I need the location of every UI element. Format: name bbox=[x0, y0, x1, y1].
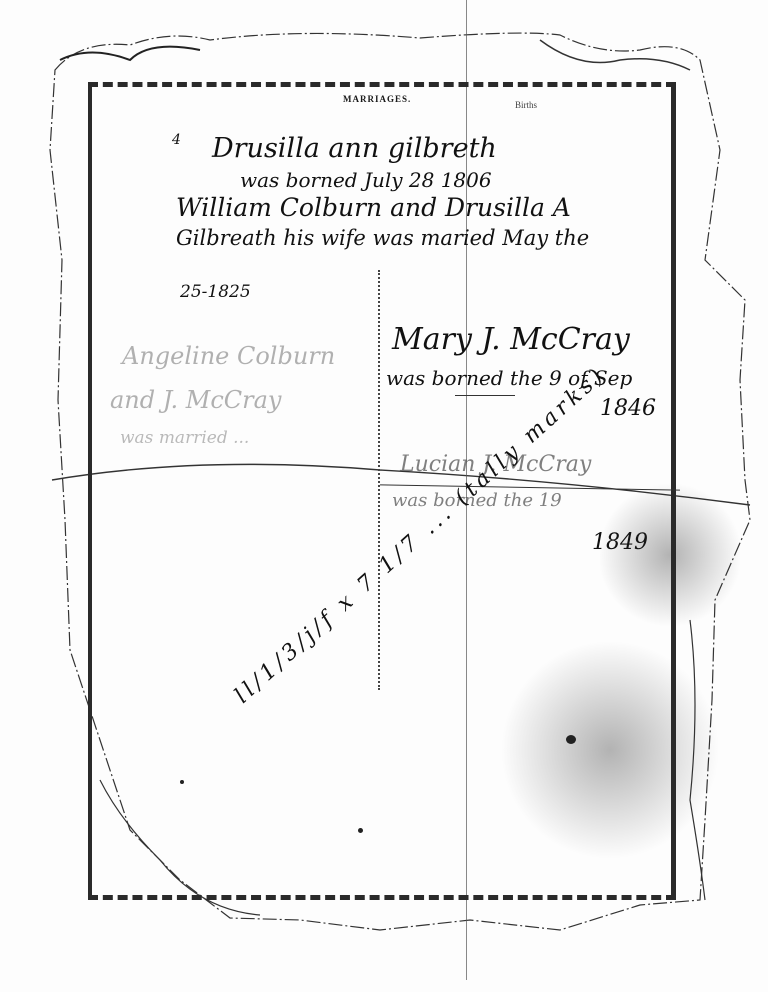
entry-4-line-3: was married ... bbox=[120, 428, 249, 448]
entry-4-line-2: and J. McCray bbox=[110, 386, 282, 414]
entry-2-line-3: 1846 bbox=[600, 396, 656, 421]
entry-1-line-5: 25-1825 bbox=[180, 282, 251, 302]
section-header-right: Births bbox=[515, 100, 537, 110]
scan-noise-stain bbox=[600, 480, 740, 630]
entry-1-line-3: William Colburn and Drusilla A bbox=[176, 193, 571, 222]
ink-blot bbox=[566, 735, 576, 744]
column-divider bbox=[378, 270, 380, 690]
entry-1-line-2: was borned July 28 1806 bbox=[240, 168, 492, 192]
entry-marker: 4 bbox=[172, 132, 181, 148]
section-header: MARRIAGES. bbox=[343, 94, 411, 104]
ink-speck bbox=[358, 828, 363, 833]
scan-noise-stain bbox=[500, 640, 720, 860]
entry-2-line-1: Mary J. McCray bbox=[392, 322, 630, 357]
underline bbox=[455, 395, 515, 396]
entry-4-line-1: Angeline Colburn bbox=[122, 342, 335, 370]
scanned-page: MARRIAGES. Births 4 Drusilla ann gilbret… bbox=[0, 0, 768, 992]
entry-1-line-4: Gilbreath his wife was maried May the bbox=[176, 226, 589, 250]
entry-1-line-1: Drusilla ann gilbreth bbox=[212, 133, 497, 164]
ink-speck bbox=[180, 780, 184, 784]
